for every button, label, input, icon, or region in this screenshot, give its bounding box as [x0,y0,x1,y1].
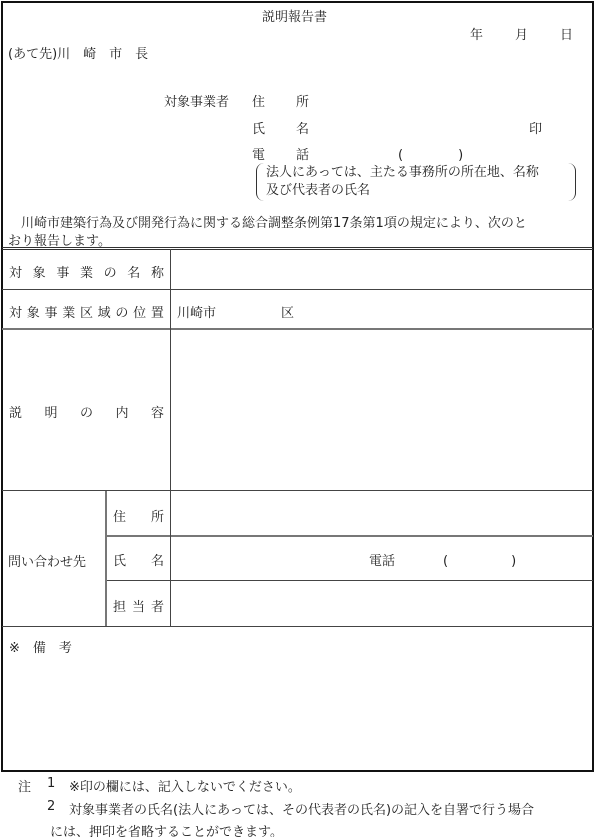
note-1-number: 1 [47,776,55,791]
applicant-address-label-2: 所 [296,91,309,110]
contact-phone-label: 電話 [369,550,395,569]
ward-field[interactable] [225,292,275,326]
contact-column-divider [105,491,107,626]
applicant-address-field[interactable] [320,88,570,108]
location-ward: 区 [281,302,294,321]
applicant-phone-label-1: 電 [252,144,265,163]
applicant-name-label-1: 氏 [252,118,265,137]
explanation-label: 説 明 の 内 容 [9,402,164,421]
note-2-text: 対象事業者の氏名(法人にあっては、その代表者の氏名)の記入を自署で行う場合 [69,799,534,818]
contact-address-field[interactable] [172,493,590,533]
note-1-text: ※印の欄には、記入しないでください。 [69,776,301,795]
applicant-phone-field[interactable] [320,141,520,161]
header-divider [2,247,593,250]
row-divider [2,328,593,330]
date-year-label: 年 [470,24,483,43]
row-divider [2,626,593,627]
row-divider [105,535,593,537]
seal-mark: 印 [529,118,542,137]
location-field[interactable] [300,292,590,326]
contact-name-label: 氏 名 [113,550,164,569]
row-divider [2,289,593,290]
document-title: 説明報告書 [262,6,327,25]
remarks-field[interactable] [4,655,590,767]
project-name-label: 対 象 事 業 の 名 称 [9,262,164,281]
corporate-note-line-2: 及び代表者の氏名 [266,182,539,200]
note-2-continuation: には、押印を省略することができます。 [50,821,283,837]
statement-line-1: 川崎市建築行為及び開発行為に関する総合調整条例第17条第1項の規定により、次のと [8,212,527,231]
note-2-number: 2 [47,799,55,814]
applicant-name-field[interactable] [320,115,520,135]
project-name-field[interactable] [172,251,590,288]
applicant-heading: 対象事業者 [164,91,229,110]
date-day-label: 日 [560,24,573,43]
notes-prefix: 注 [18,776,31,795]
applicant-phone-label-2: 話 [296,144,309,163]
location-city: 川崎市 [177,302,216,321]
contact-person-field[interactable] [172,583,590,624]
explanation-field[interactable] [172,331,590,488]
addressee: (あて先)川 崎 市 長 [8,43,148,62]
contact-phone-field[interactable] [405,538,590,578]
contact-person-label: 担 当 者 [113,596,164,615]
project-location-label: 対 象 事 業 区 域 の 位 置 [9,302,164,321]
applicant-address-label-1: 住 [252,91,265,110]
row-divider [105,580,593,581]
label-column-divider [170,249,171,626]
corporate-note-line-1: 法人にあっては、主たる事務所の所在地、名称 [266,164,539,182]
contact-name-field[interactable] [172,538,362,578]
corporate-note: 法人にあっては、主たる事務所の所在地、名称 及び代表者の氏名 [266,164,539,200]
applicant-name-label-2: 名 [296,118,309,137]
contact-label: 問い合わせ先 [8,551,86,570]
date-month-label: 月 [515,24,528,43]
remarks-label: ※ 備 考 [9,637,72,656]
contact-address-label: 住 所 [113,506,164,525]
row-divider [2,490,593,491]
